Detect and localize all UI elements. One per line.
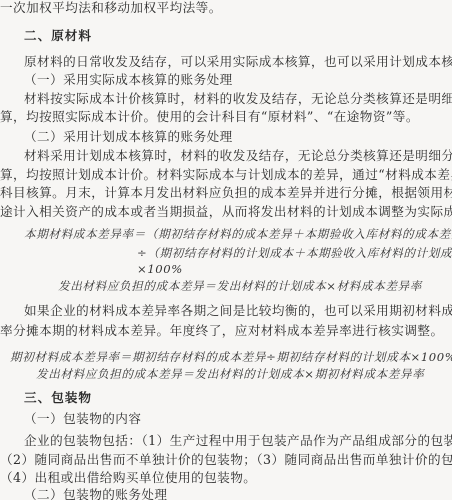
- subheading-actual-cost: （一）采用实际成本核算的账务处理: [24, 72, 233, 88]
- paragraph-line: 原材料的日常收发及结存，可以采用实际成本核算，也可以采用计划成本核算。: [24, 54, 452, 70]
- subheading-planned-cost: （二）采用计划成本核算的账务处理: [24, 129, 233, 145]
- paragraph-line: 材料采用计划成本核算时，材料的收发及结存，无论总分类核算还是明细分类核: [24, 148, 452, 164]
- formula-opening-variance-rate: 期初材料成本差异率＝期初结存材料的成本差异÷期初结存材料的计划成本×100%: [10, 349, 452, 365]
- formula-variance-rate-divisor: ÷（期初结存材料的计划成本＋本期验收入库材料的计划成本）: [137, 245, 452, 261]
- paragraph-line: 率分摊本期的材料成本差异。年度终了，应对材料成本差异率进行核实调整。: [0, 323, 444, 339]
- paragraph-line: 企业的包装物包括：（1）生产过程中用于包装产品作为产品组成部分的包装物；: [24, 433, 452, 449]
- section-heading-raw-materials: 二、原材料: [24, 28, 92, 44]
- subheading-packaging-content: （一）包装物的内容: [24, 411, 141, 427]
- paragraph-line: 算，均按照计划成本计价。材料实际成本与计划成本的差异，通过“材料成本差异”: [0, 167, 452, 183]
- formula-issued-variance: 发出材料应负担的成本差异＝发出材料的计划成本×材料成本差异率: [58, 278, 422, 294]
- paragraph-line: （2）随同商品出售而不单独计价的包装物；（3）随同商品出售而单独计价的包装物；: [0, 452, 452, 468]
- paragraph-line: 如果企业的材料成本差异率各期之间是比较均衡的，也可以采用期初材料成本差异: [24, 303, 452, 319]
- formula-variance-rate: 本期材料成本差异率＝（期初结存材料的成本差异＋本期验收入库材料的成本差异）: [24, 226, 452, 242]
- subheading-packaging-accounting: （二）包装物的账务处理: [24, 487, 167, 500]
- paragraph-line: 算，均按照实际成本计价。使用的会计科目有“原材料”、“在途物资”等。: [0, 109, 419, 125]
- text-line: 一次加权平均法和移动加权平均法等。: [0, 0, 222, 16]
- paragraph-line: 科目核算。月末，计算本月发出材料应负担的成本差异并进行分摊，根据领用材料的用: [0, 185, 452, 201]
- paragraph-line: 材料按实际成本计价核算时，材料的收发及结存，无论总分类核算还是明细分类核: [24, 91, 452, 107]
- formula-issued-variance-opening: 发出材料应负担的成本差异＝发出材料的计划成本×期初材料成本差异率: [36, 366, 424, 382]
- paragraph-line: （4）出租或出借给购买单位使用的包装物。: [0, 470, 256, 486]
- paragraph-line: 途计入相关资产的成本或者当期损益，从而将发出材料的计划成本调整为实际成本。: [0, 204, 452, 220]
- formula-variance-rate-percent: ×100%: [137, 261, 183, 277]
- section-heading-packaging: 三、包装物: [24, 390, 92, 406]
